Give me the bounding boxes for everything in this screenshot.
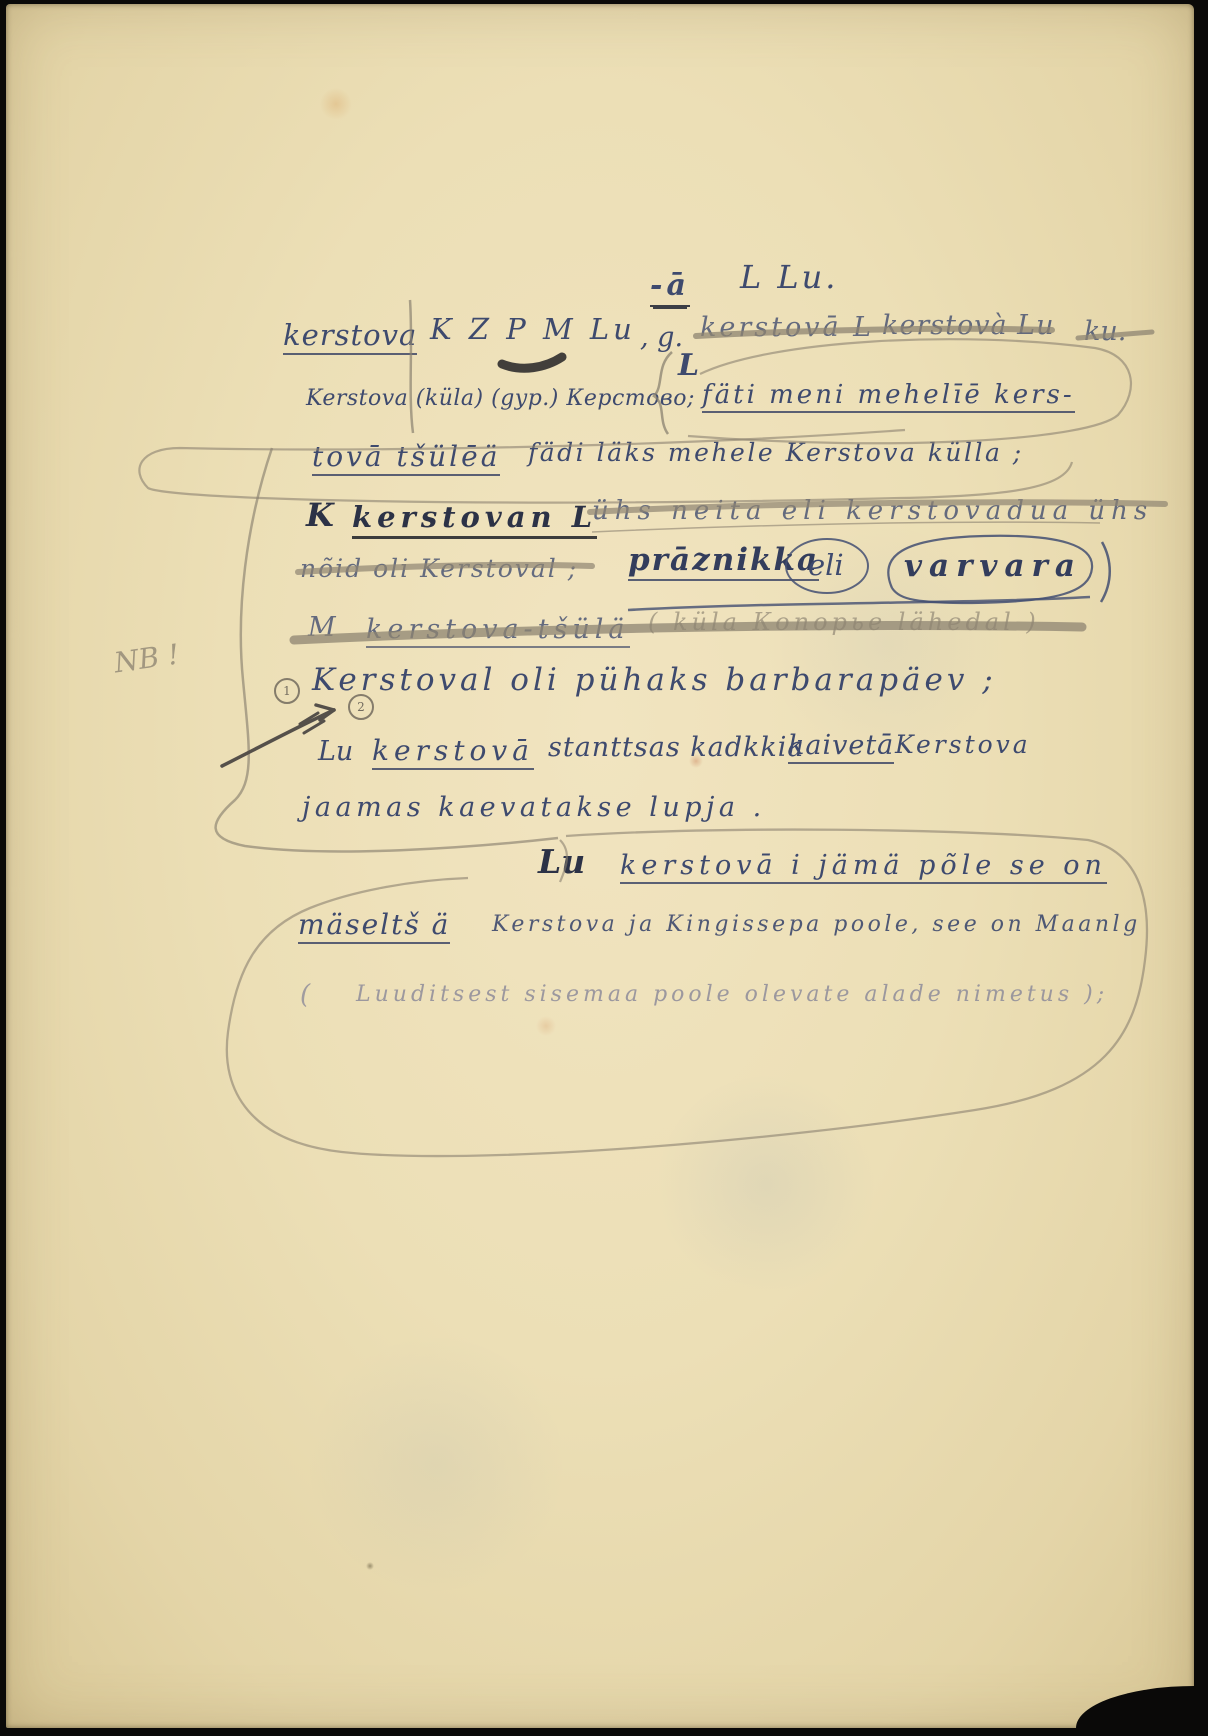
example-pyhak: Kerstoval oli pühaks barbarapäev ; [312,662,997,698]
word-kerstova-2: Kerstova [895,730,1031,759]
pencil-paren: ( [300,980,310,1010]
struck-form-3: ku. [1084,316,1126,347]
struck-compound: kerstova-tšülä [366,614,630,648]
sigla-lu: Lu [318,736,353,767]
form-kerstovan: kerstovan L [352,500,597,539]
word-varvara: varvara [904,548,1082,584]
struck-gloss: ( küla Копорье lähedal ) [648,608,1040,636]
genitive-marker: , g. [640,322,683,353]
word-eli: eli [808,548,844,582]
scanned-manuscript-page: { "colors": { "paper": "#e9dbb2", "ink":… [0,0,1208,1736]
sigla-k: K [306,496,334,534]
superscript-sigla: L [678,348,699,383]
pencil-note: Luuditsest sisemaa poole olevate alade n… [356,982,1108,1007]
circled-number-2-label: 2 [357,700,365,714]
headword-ending: -ā [650,268,690,307]
translation-jaamas: jaamas kaevatakse lupja . [302,792,766,823]
village-gloss: Kerstova (küla) (gyp.) Керстово; [306,386,695,411]
word-kaiveta: kaivetā [788,730,894,764]
sigla-lu-2: Lu [538,842,585,881]
circled-number-2: 2 [348,694,374,720]
struck-example: ühs neita eli kerstovadua ühs [592,496,1153,526]
sigla-list: K Z P M Lu [430,312,636,346]
example-votic-end: tovā tšülēä [312,440,500,476]
word-kerstova-station: kerstovā [372,734,534,770]
sigla-m: M [308,612,336,643]
word-praznikka: prāznikka [628,542,819,581]
circled-number-1: 1 [274,678,300,704]
example-translation: fädi läks mehele Kerstova külla ; [528,438,1024,467]
struck-form-1: kerstovā L [700,312,874,343]
struck-phrase-noid: nõid oli Kerstoval ; [300,554,578,583]
circled-number-1-label: 1 [283,684,291,698]
example-votic-start: fäti meni mehelīē kers- [702,380,1075,413]
headword: kerstova [283,318,417,355]
word-maseltsa: mäseltš ä [298,908,450,944]
header-sigla: L Lu. [740,258,838,296]
struck-form-2: kerstovà Lu [882,310,1054,341]
words-stanttsas: stanttsas kadkkia [548,732,804,763]
translation-kingissepa: Kerstova ja Kingissepa poole, see on Maa… [492,912,1141,937]
example-jama: kerstovā i jämä põle se on [620,850,1107,884]
